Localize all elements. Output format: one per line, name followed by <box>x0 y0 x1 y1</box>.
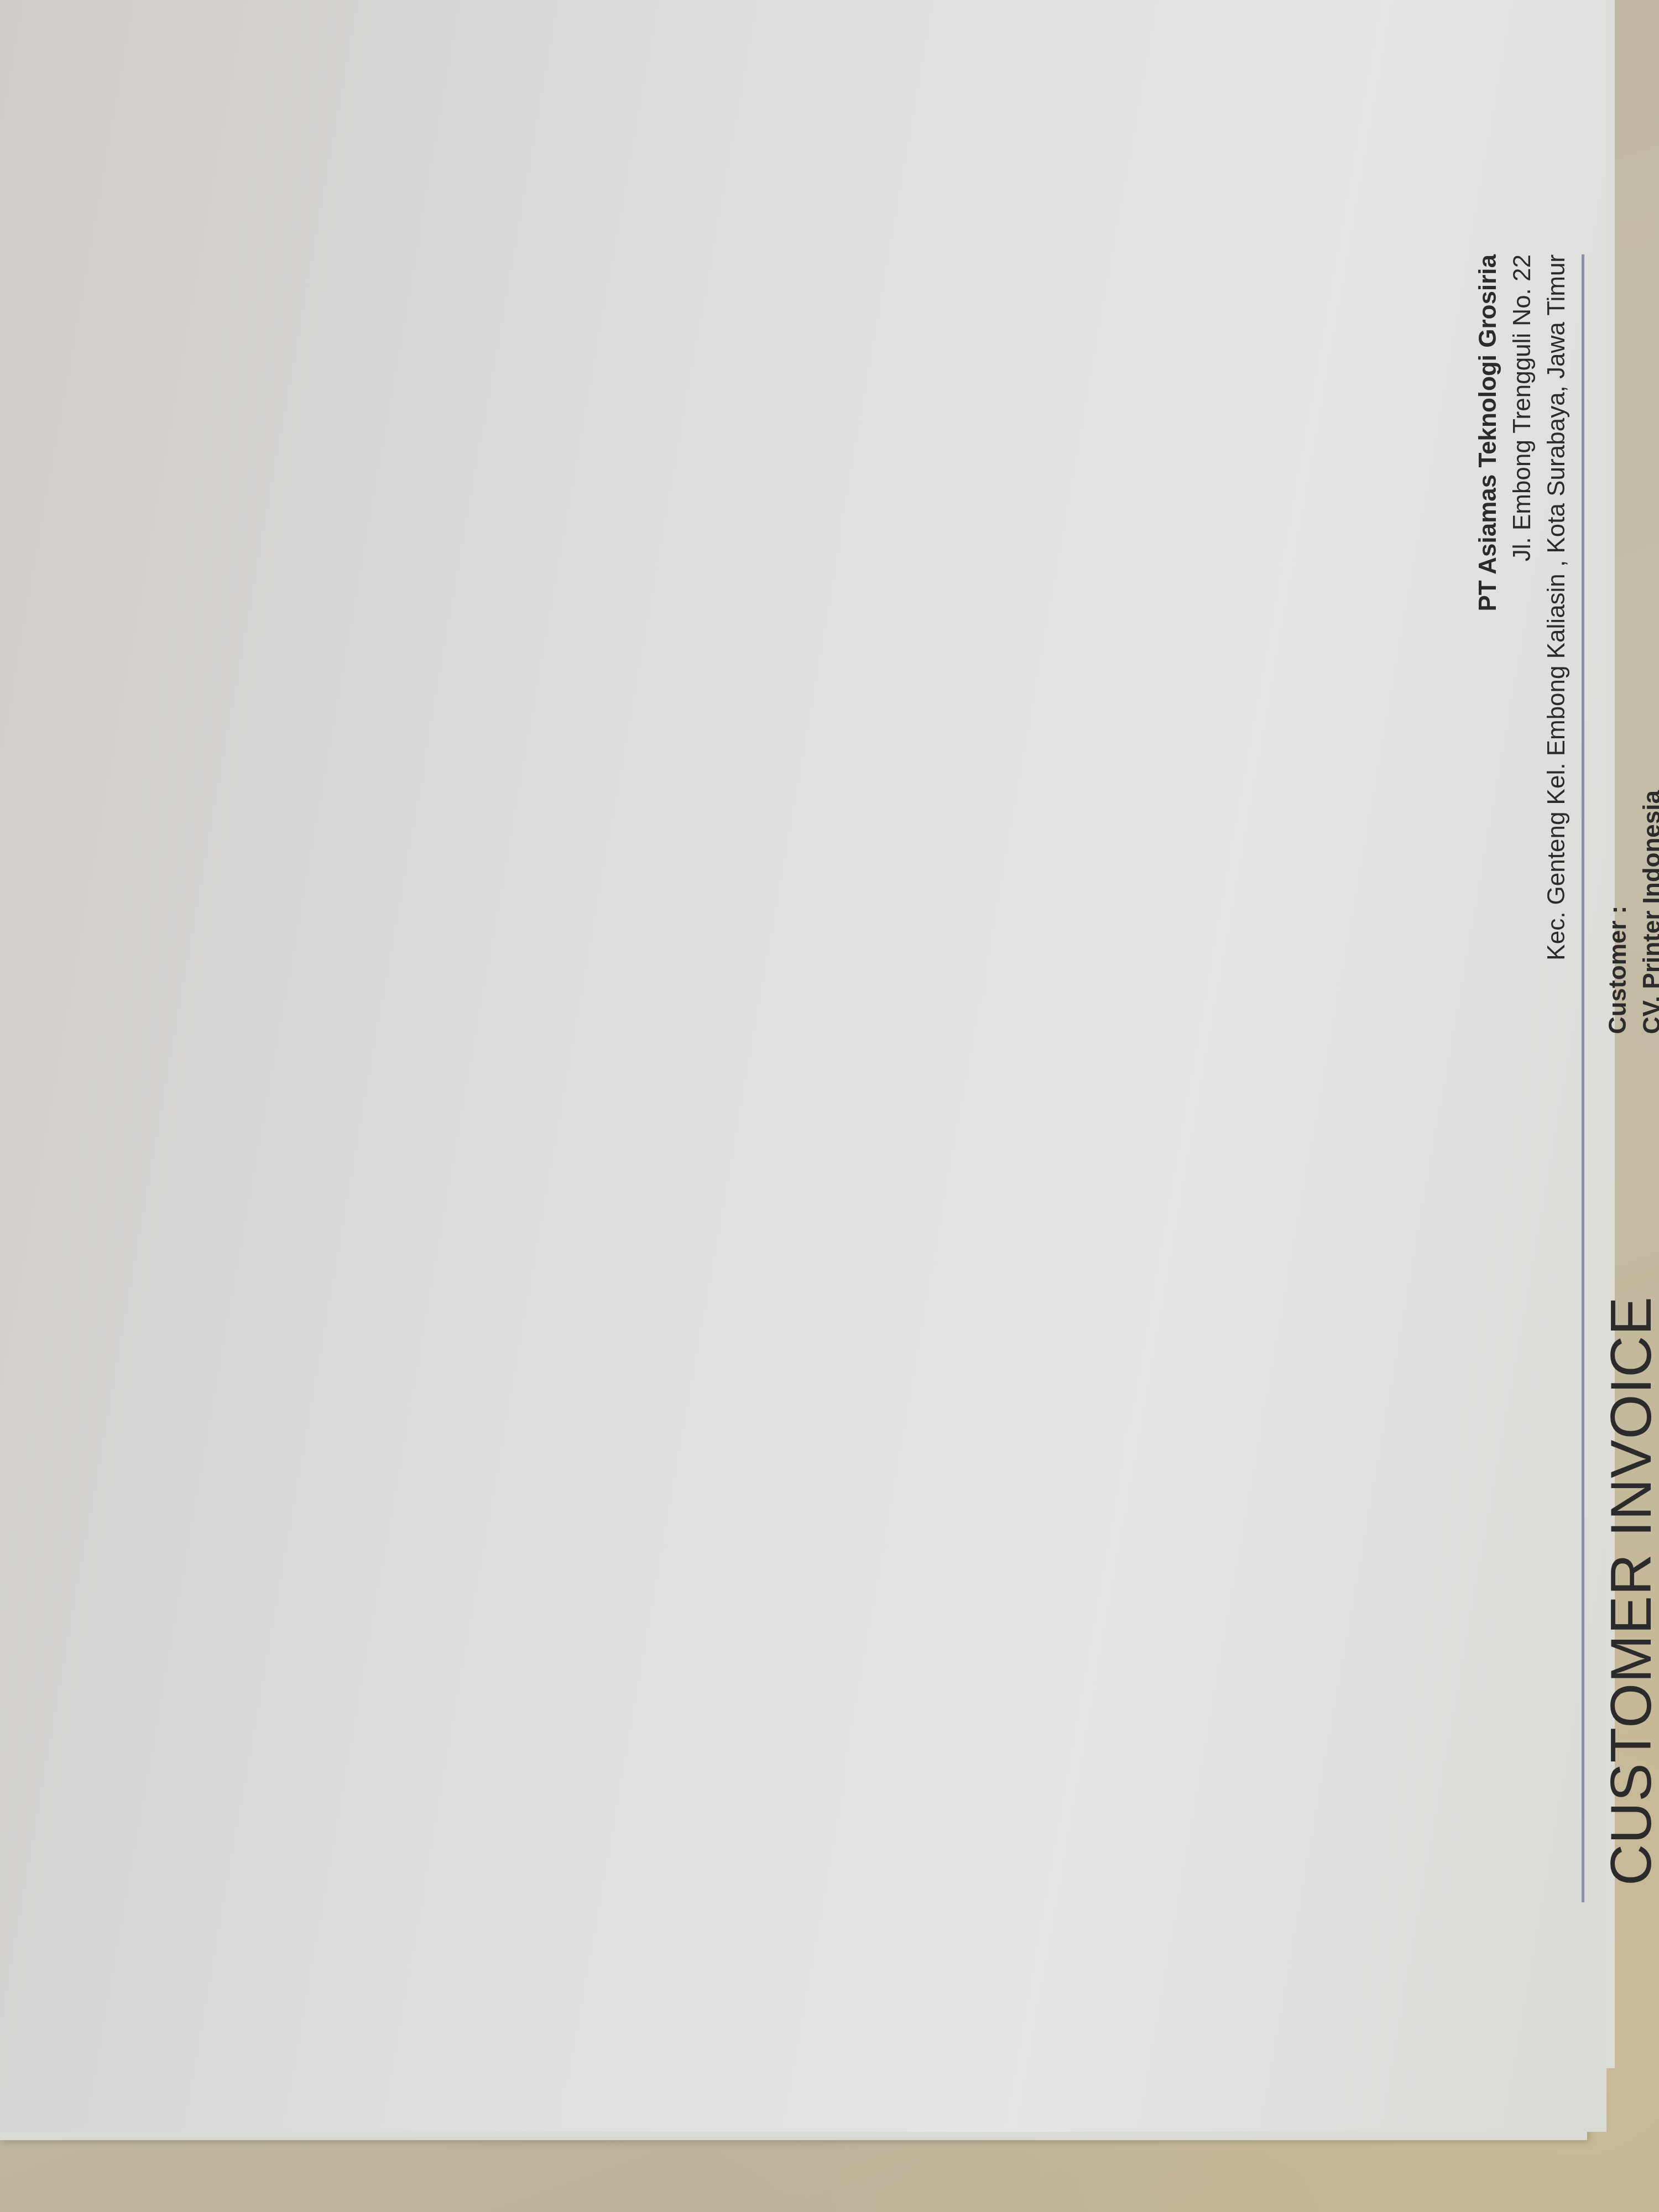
company-header: PT Asiamas Teknologi Grosiria Jl. Embong… <box>1471 254 1574 961</box>
company-name: PT Asiamas Teknologi Grosiria <box>1471 254 1505 961</box>
invoice-paper <box>0 0 1606 2132</box>
customer-block: Customer : CV. Printer Indonesia Raya Ka… <box>1601 540 1659 1034</box>
customer-label: Customer : <box>1601 540 1635 1034</box>
company-address-line1: Jl. Embong Trengguli No. 22 <box>1505 254 1540 961</box>
document-title: CUSTOMER INVOICE <box>1598 1296 1659 1886</box>
customer-name: CV. Printer Indonesia <box>1635 540 1659 1034</box>
header-divider <box>1582 254 1584 1902</box>
invoice-document: PT Asiamas Teknologi Grosiria Jl. Embong… <box>1471 221 1659 1936</box>
company-address-line2: Kec. Genteng Kel. Embong Kaliasin , Kota… <box>1540 254 1574 961</box>
